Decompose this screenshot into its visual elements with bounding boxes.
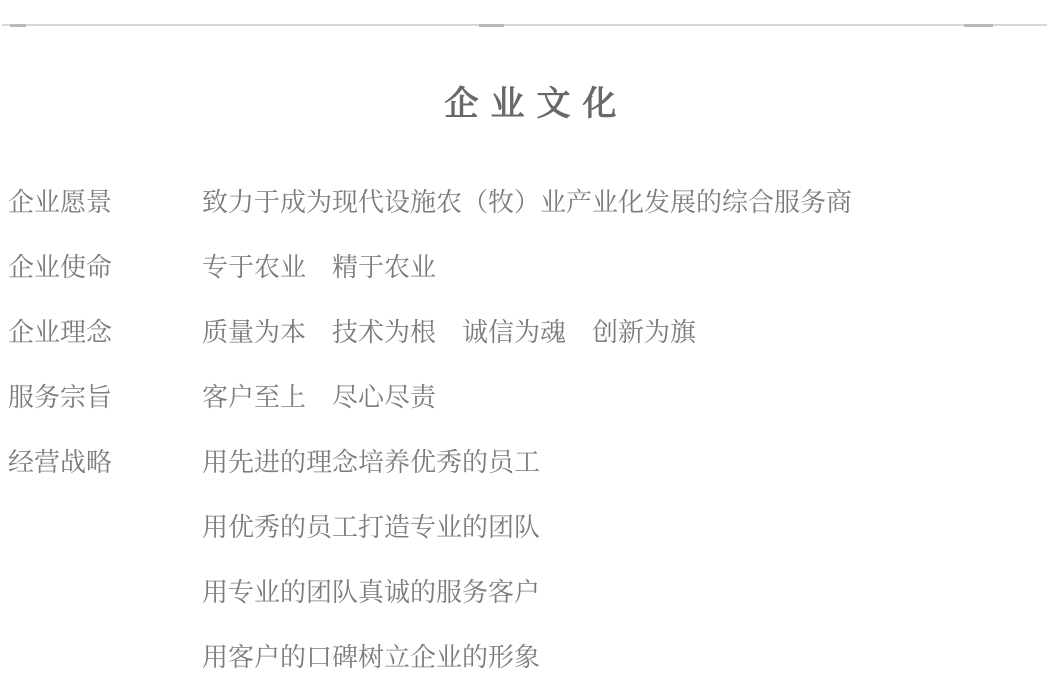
culture-rows: 企业愿景 致力于成为现代设施农（牧）业产业化发展的综合服务商 企业使命 专于农业… xyxy=(0,168,1061,688)
culture-row-service: 服务宗旨 客户至上 尽心尽责 xyxy=(0,363,1061,428)
value-line: 用专业的团队真诚的服务客户 xyxy=(202,558,1061,623)
row-value: 致力于成为现代设施农（牧）业产业化发展的综合服务商 xyxy=(202,168,1061,233)
culture-row-vision: 企业愿景 致力于成为现代设施农（牧）业产业化发展的综合服务商 xyxy=(0,168,1061,233)
divider-segment xyxy=(964,24,993,27)
divider-segment xyxy=(479,24,504,27)
top-divider xyxy=(2,24,1047,26)
value-line: 致力于成为现代设施农（牧）业产业化发展的综合服务商 xyxy=(202,168,1061,233)
row-value: 客户至上 尽心尽责 xyxy=(202,363,1061,428)
row-label: 企业使命 xyxy=(0,233,202,298)
value-line: 专于农业 精于农业 xyxy=(202,233,1061,298)
culture-row-mission: 企业使命 专于农业 精于农业 xyxy=(0,233,1061,298)
value-line: 质量为本 技术为根 诚信为魂 创新为旗 xyxy=(202,298,1061,363)
row-value: 用先进的理念培养优秀的员工 用优秀的员工打造专业的团队 用专业的团队真诚的服务客… xyxy=(202,428,1061,688)
culture-row-philosophy: 企业理念 质量为本 技术为根 诚信为魂 创新为旗 xyxy=(0,298,1061,363)
culture-row-strategy: 经营战略 用先进的理念培养优秀的员工 用优秀的员工打造专业的团队 用专业的团队真… xyxy=(0,428,1061,688)
row-label: 企业理念 xyxy=(0,298,202,363)
divider-segment xyxy=(10,24,26,27)
value-line: 用优秀的员工打造专业的团队 xyxy=(202,493,1061,558)
row-value: 专于农业 精于农业 xyxy=(202,233,1061,298)
row-value: 质量为本 技术为根 诚信为魂 创新为旗 xyxy=(202,298,1061,363)
row-label: 经营战略 xyxy=(0,428,202,493)
page-title: 企业文化 xyxy=(0,85,1061,125)
value-line: 用客户的口碑树立企业的形象 xyxy=(202,623,1061,688)
value-line: 用先进的理念培养优秀的员工 xyxy=(202,428,1061,493)
row-label: 企业愿景 xyxy=(0,168,202,233)
value-line: 客户至上 尽心尽责 xyxy=(202,363,1061,428)
row-label: 服务宗旨 xyxy=(0,363,202,428)
corporate-culture-page: 企业文化 企业愿景 致力于成为现代设施农（牧）业产业化发展的综合服务商 企业使命… xyxy=(0,0,1061,699)
